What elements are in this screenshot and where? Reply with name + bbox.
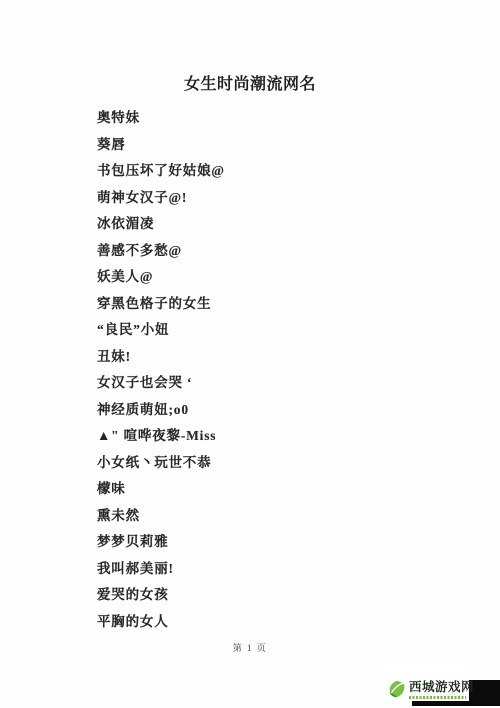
list-item: 书包压坏了好姑娘@	[97, 158, 460, 185]
watermark-site-name: 西城游戏网	[409, 680, 474, 694]
list-item: 葵唇	[97, 132, 460, 159]
list-item: 善感不多愁@	[97, 238, 460, 265]
list-item: 我叫郝美丽!	[97, 556, 460, 583]
list-item: 妖美人@	[97, 264, 460, 291]
list-item: 爱哭的女孩	[97, 582, 460, 609]
list-item: 檬味	[97, 476, 460, 503]
name-list: 奥特妹 葵唇 书包压坏了好姑娘@ 萌神女汉子@! 冰依湄凌 善感不多愁@ 妖美人…	[97, 105, 460, 635]
list-item: 穿黑色格子的女生	[97, 291, 460, 318]
watermark-text-column: 西城游戏网	[409, 680, 474, 699]
list-item: 女汉子也会哭 ‘	[97, 370, 460, 397]
list-item: 神经质萌妞;o0	[97, 397, 460, 424]
watermark-card: 西城游戏网	[385, 661, 469, 701]
leaf-logo-icon	[388, 680, 406, 698]
watermark-tagline	[409, 696, 466, 699]
list-item: 萌神女汉子@!	[97, 185, 460, 212]
list-item: 平胸的女人	[97, 609, 460, 636]
list-item: ▲" 喧哗夜黎-Miss	[97, 423, 460, 450]
watermark-backdrop	[412, 701, 500, 706]
list-item: 奥特妹	[97, 105, 460, 132]
list-item: 冰依湄凌	[97, 211, 460, 238]
list-item: 丑妹!	[97, 344, 460, 371]
document-page: 女生时尚潮流网名 奥特妹 葵唇 书包压坏了好姑娘@ 萌神女汉子@! 冰依湄凌 善…	[0, 0, 500, 708]
page-title: 女生时尚潮流网名	[0, 71, 500, 94]
list-item: 梦梦贝莉雅	[97, 529, 460, 556]
list-item: 小女纸丶玩世不恭	[97, 450, 460, 477]
list-item: 熏未然	[97, 503, 460, 530]
page-number: 第 1 页	[0, 641, 500, 654]
list-item: “良民”小妞	[97, 317, 460, 344]
